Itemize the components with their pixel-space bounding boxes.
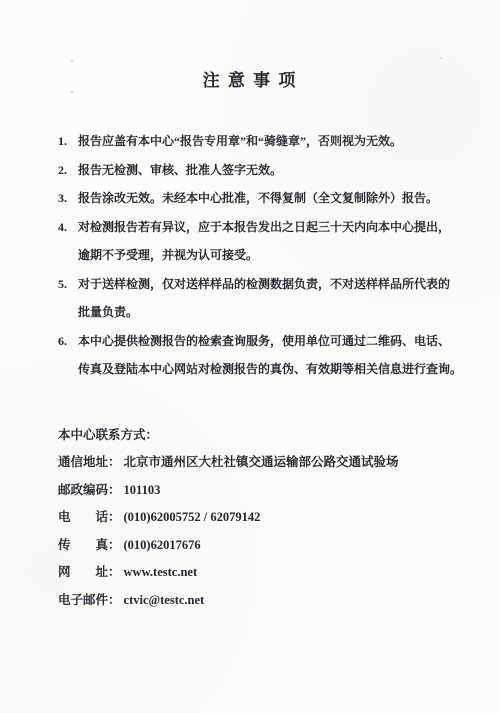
note-line: 报告应盖有本中心“报告专用章”和“骑缝章”，否则视为无效。 (78, 134, 402, 148)
note-line: 批量负责。 (78, 298, 454, 327)
contact-row-email: 电子邮件： ctvic@testc.net (58, 587, 470, 615)
note-text: 对检测报告若有异议，应于本报告发出之日起三十天内向本中心提出， 逾期不予受理，并… (78, 213, 454, 270)
contact-label: 电子邮件： (58, 587, 121, 615)
note-text: 本中心提供检测报告的检索查询服务，使用单位可通过二维码、电话、 传真及登陆本中心… (78, 327, 454, 384)
contact-row-phone: 电 话： (010)62005752 / 62079142 (58, 504, 470, 532)
contact-row-fax: 传 真： (010)62017676 (58, 532, 470, 560)
note-line: 逾期不予受理，并视为认可接受。 (78, 241, 454, 270)
notes-list: 1. 报告应盖有本中心“报告专用章”和“骑缝章”，否则视为无效。 2. 报告无检… (58, 127, 454, 384)
contact-row-postcode: 邮政编码： 101103 (58, 477, 470, 505)
note-text: 报告无检测、审核、批准人签字无效。 (78, 156, 454, 185)
note-line: 报告涂改无效。未经本中心批准，不得复制（全文复制除外）报告。 (78, 191, 438, 205)
note-number: 6. (58, 327, 78, 384)
note-item: 1. 报告应盖有本中心“报告专用章”和“骑缝章”，否则视为无效。 (58, 127, 454, 156)
contact-label: 传 真： (58, 532, 121, 560)
note-number: 1. (58, 127, 78, 156)
contact-value-email: ctvic@testc.net (124, 587, 205, 615)
contact-value-website: www.testc.net (124, 559, 198, 587)
contact-section: 本中心联系方式： 通信地址： 北京市通州区大杜社镇交通运输部公路交通试验场 邮政… (58, 422, 470, 615)
document-page: 注 意 事 项 1. 报告应盖有本中心“报告专用章”和“骑缝章”，否则视为无效。… (0, 0, 500, 713)
note-text: 报告涂改无效。未经本中心批准，不得复制（全文复制除外）报告。 (78, 184, 454, 213)
contact-label: 邮政编码： (58, 477, 121, 505)
note-line: 对于送样检测，仅对送样样品的检测数据负责，不对送样样品所代表的 (78, 277, 450, 291)
note-number: 5. (58, 270, 78, 327)
note-number: 2. (58, 156, 78, 185)
note-item: 2. 报告无检测、审核、批准人签字无效。 (58, 156, 454, 185)
note-item: 3. 报告涂改无效。未经本中心批准，不得复制（全文复制除外）报告。 (58, 184, 454, 213)
note-item: 4. 对检测报告若有异议，应于本报告发出之日起三十天内向本中心提出， 逾期不予受… (58, 213, 454, 270)
contact-value-address: 北京市通州区大杜社镇交通运输部公路交通试验场 (124, 449, 399, 477)
scan-speck (71, 91, 73, 93)
note-item: 5. 对于送样检测，仅对送样样品的检测数据负责，不对送样样品所代表的 批量负责。 (58, 270, 454, 327)
note-text: 报告应盖有本中心“报告专用章”和“骑缝章”，否则视为无效。 (78, 127, 454, 156)
note-number: 3. (58, 184, 78, 213)
contact-label: 通信地址： (58, 449, 121, 477)
note-line: 本中心提供检测报告的检索查询服务，使用单位可通过二维码、电话、 (78, 334, 450, 348)
scan-speck (71, 60, 73, 62)
note-text: 对于送样检测，仅对送样样品的检测数据负责，不对送样样品所代表的 批量负责。 (78, 270, 454, 327)
contact-label: 网 址： (58, 559, 121, 587)
note-line: 对检测报告若有异议，应于本报告发出之日起三十天内向本中心提出， (78, 220, 450, 234)
contact-label: 电 话： (58, 504, 121, 532)
contact-value-fax: (010)62017676 (124, 532, 201, 560)
note-line: 传真及登陆本中心网站对检测报告的真伪、有效期等相关信息进行查询。 (78, 355, 454, 384)
note-line: 报告无检测、审核、批准人签字无效。 (78, 163, 282, 177)
page-title: 注 意 事 项 (0, 66, 500, 91)
contact-heading: 本中心联系方式： (58, 422, 470, 450)
contact-row-address: 通信地址： 北京市通州区大杜社镇交通运输部公路交通试验场 (58, 449, 470, 477)
note-number: 4. (58, 213, 78, 270)
contact-row-website: 网 址： www.testc.net (58, 559, 470, 587)
contact-value-postcode: 101103 (124, 477, 161, 505)
contact-value-phone: (010)62005752 / 62079142 (124, 504, 261, 532)
scan-speck (440, 57, 442, 59)
note-item: 6. 本中心提供检测报告的检索查询服务，使用单位可通过二维码、电话、 传真及登陆… (58, 327, 454, 384)
